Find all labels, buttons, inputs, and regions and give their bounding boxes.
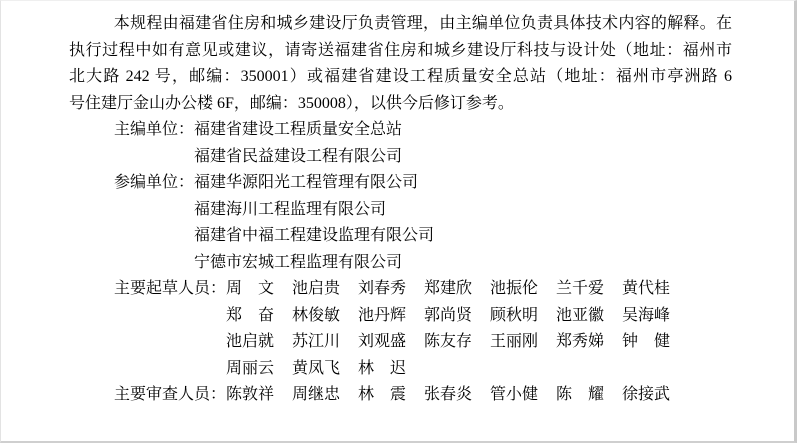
person-name: 郑建欣 <box>424 276 472 303</box>
body-paragraph-line: 北大路 242 号，邮编：350001）或福建省建设工程质量安全总站（地址：福州… <box>69 64 732 91</box>
drafters-row: 周 文 池启贵 刘春秀 郑建欣 池振伦 兰千爱 黄代桂 <box>226 276 670 303</box>
reviewers-section: 主要审查人员： 陈敦祥 周继忠 林 震 张春炎 管小健 陈 耀 徐接武 <box>69 382 732 409</box>
drafters-row: 周丽云 黄凤飞 林 迟 <box>226 356 670 383</box>
person-name: 郑 奋 <box>226 303 274 330</box>
chief-editor-label: 主编单位： <box>114 117 194 144</box>
unit-item: 福建海川工程监理有限公司 <box>194 197 434 224</box>
document-page: 本规程由福建省住房和城乡建设厅负责管理，由主编单位负责具体技术内容的解释。在 执… <box>0 0 797 443</box>
person-name: 郑秀娣 <box>556 329 604 356</box>
person-name: 陈 耀 <box>556 382 604 409</box>
person-name: 王丽刚 <box>490 329 538 356</box>
unit-item: 宁德市宏城工程监理有限公司 <box>194 250 434 277</box>
person-name: 池启就 <box>226 329 274 356</box>
unit-item: 福建华源阳光工程管理有限公司 <box>194 170 434 197</box>
unit-item: 福建省建设工程质量安全总站 <box>194 117 402 144</box>
person-name: 钟 健 <box>622 329 670 356</box>
drafters-row: 郑 奋 林俊敏 池丹辉 郭尚贤 顾秋明 池亚徽 吴海峰 <box>226 303 670 330</box>
person-name: 黄凤飞 <box>292 356 340 383</box>
participating-units-section: 参编单位： 福建华源阳光工程管理有限公司 福建海川工程监理有限公司 福建省中福工… <box>69 170 732 276</box>
person-name: 黄代桂 <box>622 276 670 303</box>
person-name: 池亚徽 <box>556 303 604 330</box>
person-name: 周 文 <box>226 276 274 303</box>
person-name: 兰千爱 <box>556 276 604 303</box>
chief-editor-units: 福建省建设工程质量安全总站 福建省民益建设工程有限公司 <box>194 117 402 170</box>
participating-units-label: 参编单位： <box>114 170 194 197</box>
person-name: 徐接武 <box>622 382 670 409</box>
person-name: 池丹辉 <box>358 303 406 330</box>
body-paragraph-line: 本规程由福建省住房和城乡建设厅负责管理，由主编单位负责具体技术内容的解释。在 <box>69 11 732 38</box>
document-content: 本规程由福建省住房和城乡建设厅负责管理，由主编单位负责具体技术内容的解释。在 执… <box>1 1 794 409</box>
person-name: 顾秋明 <box>490 303 538 330</box>
person-name: 苏江川 <box>292 329 340 356</box>
body-paragraph-line: 执行过程中如有意见或建议，请寄送福建省住房和城乡建设厅科技与设计处（地址：福州市 <box>69 38 732 65</box>
person-name: 池振伦 <box>490 276 538 303</box>
person-name: 池启贵 <box>292 276 340 303</box>
person-name: 张春炎 <box>424 382 472 409</box>
participating-units: 福建华源阳光工程管理有限公司 福建海川工程监理有限公司 福建省中福工程建设监理有… <box>194 170 434 276</box>
reviewers-label: 主要审查人员： <box>114 382 226 409</box>
drafters-label: 主要起草人员： <box>114 276 226 303</box>
person-name: 郭尚贤 <box>424 303 472 330</box>
body-paragraph-line: 号住建厅金山办公楼 6F，邮编：350008），以供今后修订参考。 <box>69 91 732 118</box>
person-name: 管小健 <box>490 382 538 409</box>
person-name: 吴海峰 <box>622 303 670 330</box>
person-name: 林 震 <box>358 382 406 409</box>
person-name: 林 迟 <box>358 356 406 383</box>
drafters-names: 周 文 池启贵 刘春秀 郑建欣 池振伦 兰千爱 黄代桂 郑 奋 林俊敏 池丹辉 … <box>226 276 670 382</box>
person-name: 刘春秀 <box>358 276 406 303</box>
person-name: 周继忠 <box>292 382 340 409</box>
unit-item: 福建省民益建设工程有限公司 <box>194 144 402 171</box>
person-name: 林俊敏 <box>292 303 340 330</box>
chief-editor-section: 主编单位： 福建省建设工程质量安全总站 福建省民益建设工程有限公司 <box>69 117 732 170</box>
drafters-row: 池启就 苏江川 刘观盛 陈友存 王丽刚 郑秀娣 钟 健 <box>226 329 670 356</box>
person-name: 陈敦祥 <box>226 382 274 409</box>
reviewers-row: 陈敦祥 周继忠 林 震 张春炎 管小健 陈 耀 徐接武 <box>226 382 670 409</box>
person-name: 刘观盛 <box>358 329 406 356</box>
person-name: 陈友存 <box>424 329 472 356</box>
unit-item: 福建省中福工程建设监理有限公司 <box>194 223 434 250</box>
body-paragraph: 本规程由福建省住房和城乡建设厅负责管理，由主编单位负责具体技术内容的解释。在 执… <box>69 11 732 117</box>
person-name: 周丽云 <box>226 356 274 383</box>
drafters-section: 主要起草人员： 周 文 池启贵 刘春秀 郑建欣 池振伦 兰千爱 黄代桂 郑 奋 … <box>69 276 732 382</box>
reviewers-names: 陈敦祥 周继忠 林 震 张春炎 管小健 陈 耀 徐接武 <box>226 382 670 409</box>
